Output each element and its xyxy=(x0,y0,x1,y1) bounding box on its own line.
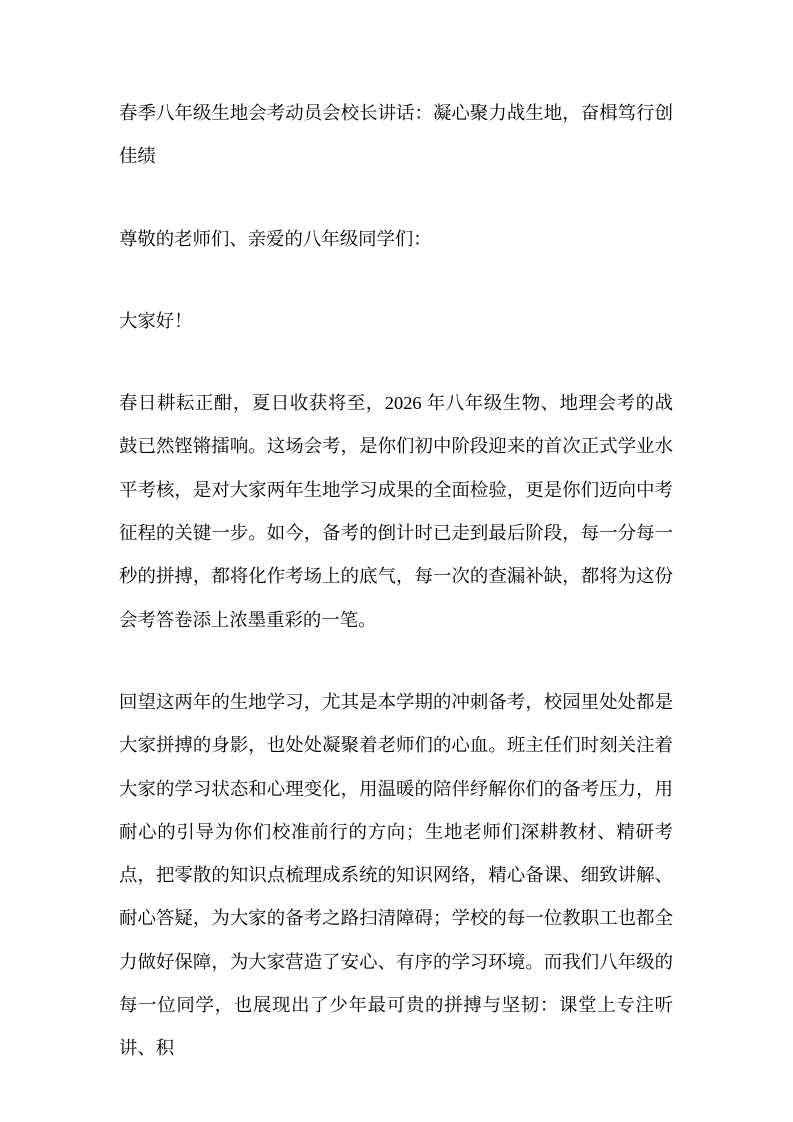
document-page: 春季八年级生地会考动员会校长讲话：凝心聚力战生地，奋楫笃行创佳绩 尊敬的老师们、… xyxy=(0,0,793,1122)
document-title: 春季八年级生地会考动员会校长讲话：凝心聚力战生地，奋楫笃行创佳绩 xyxy=(119,92,673,179)
body-paragraph-2: 回望这两年的生地学习，尤其是本学期的冲刺备考，校园里处处都是大家拼搏的身影，也处… xyxy=(119,681,673,1071)
greeting-line: 大家好！ xyxy=(119,300,673,343)
body-paragraph-1: 春日耕耘正酣，夏日收获将至，2026 年八年级生物、地理会考的战鼓已然铿锵擂响。… xyxy=(119,382,673,642)
document-content: 春季八年级生地会考动员会校长讲话：凝心聚力战生地，奋楫笃行创佳绩 尊敬的老师们、… xyxy=(0,0,793,1122)
salutation-line: 尊敬的老师们、亲爱的八年级同学们： xyxy=(119,218,673,261)
